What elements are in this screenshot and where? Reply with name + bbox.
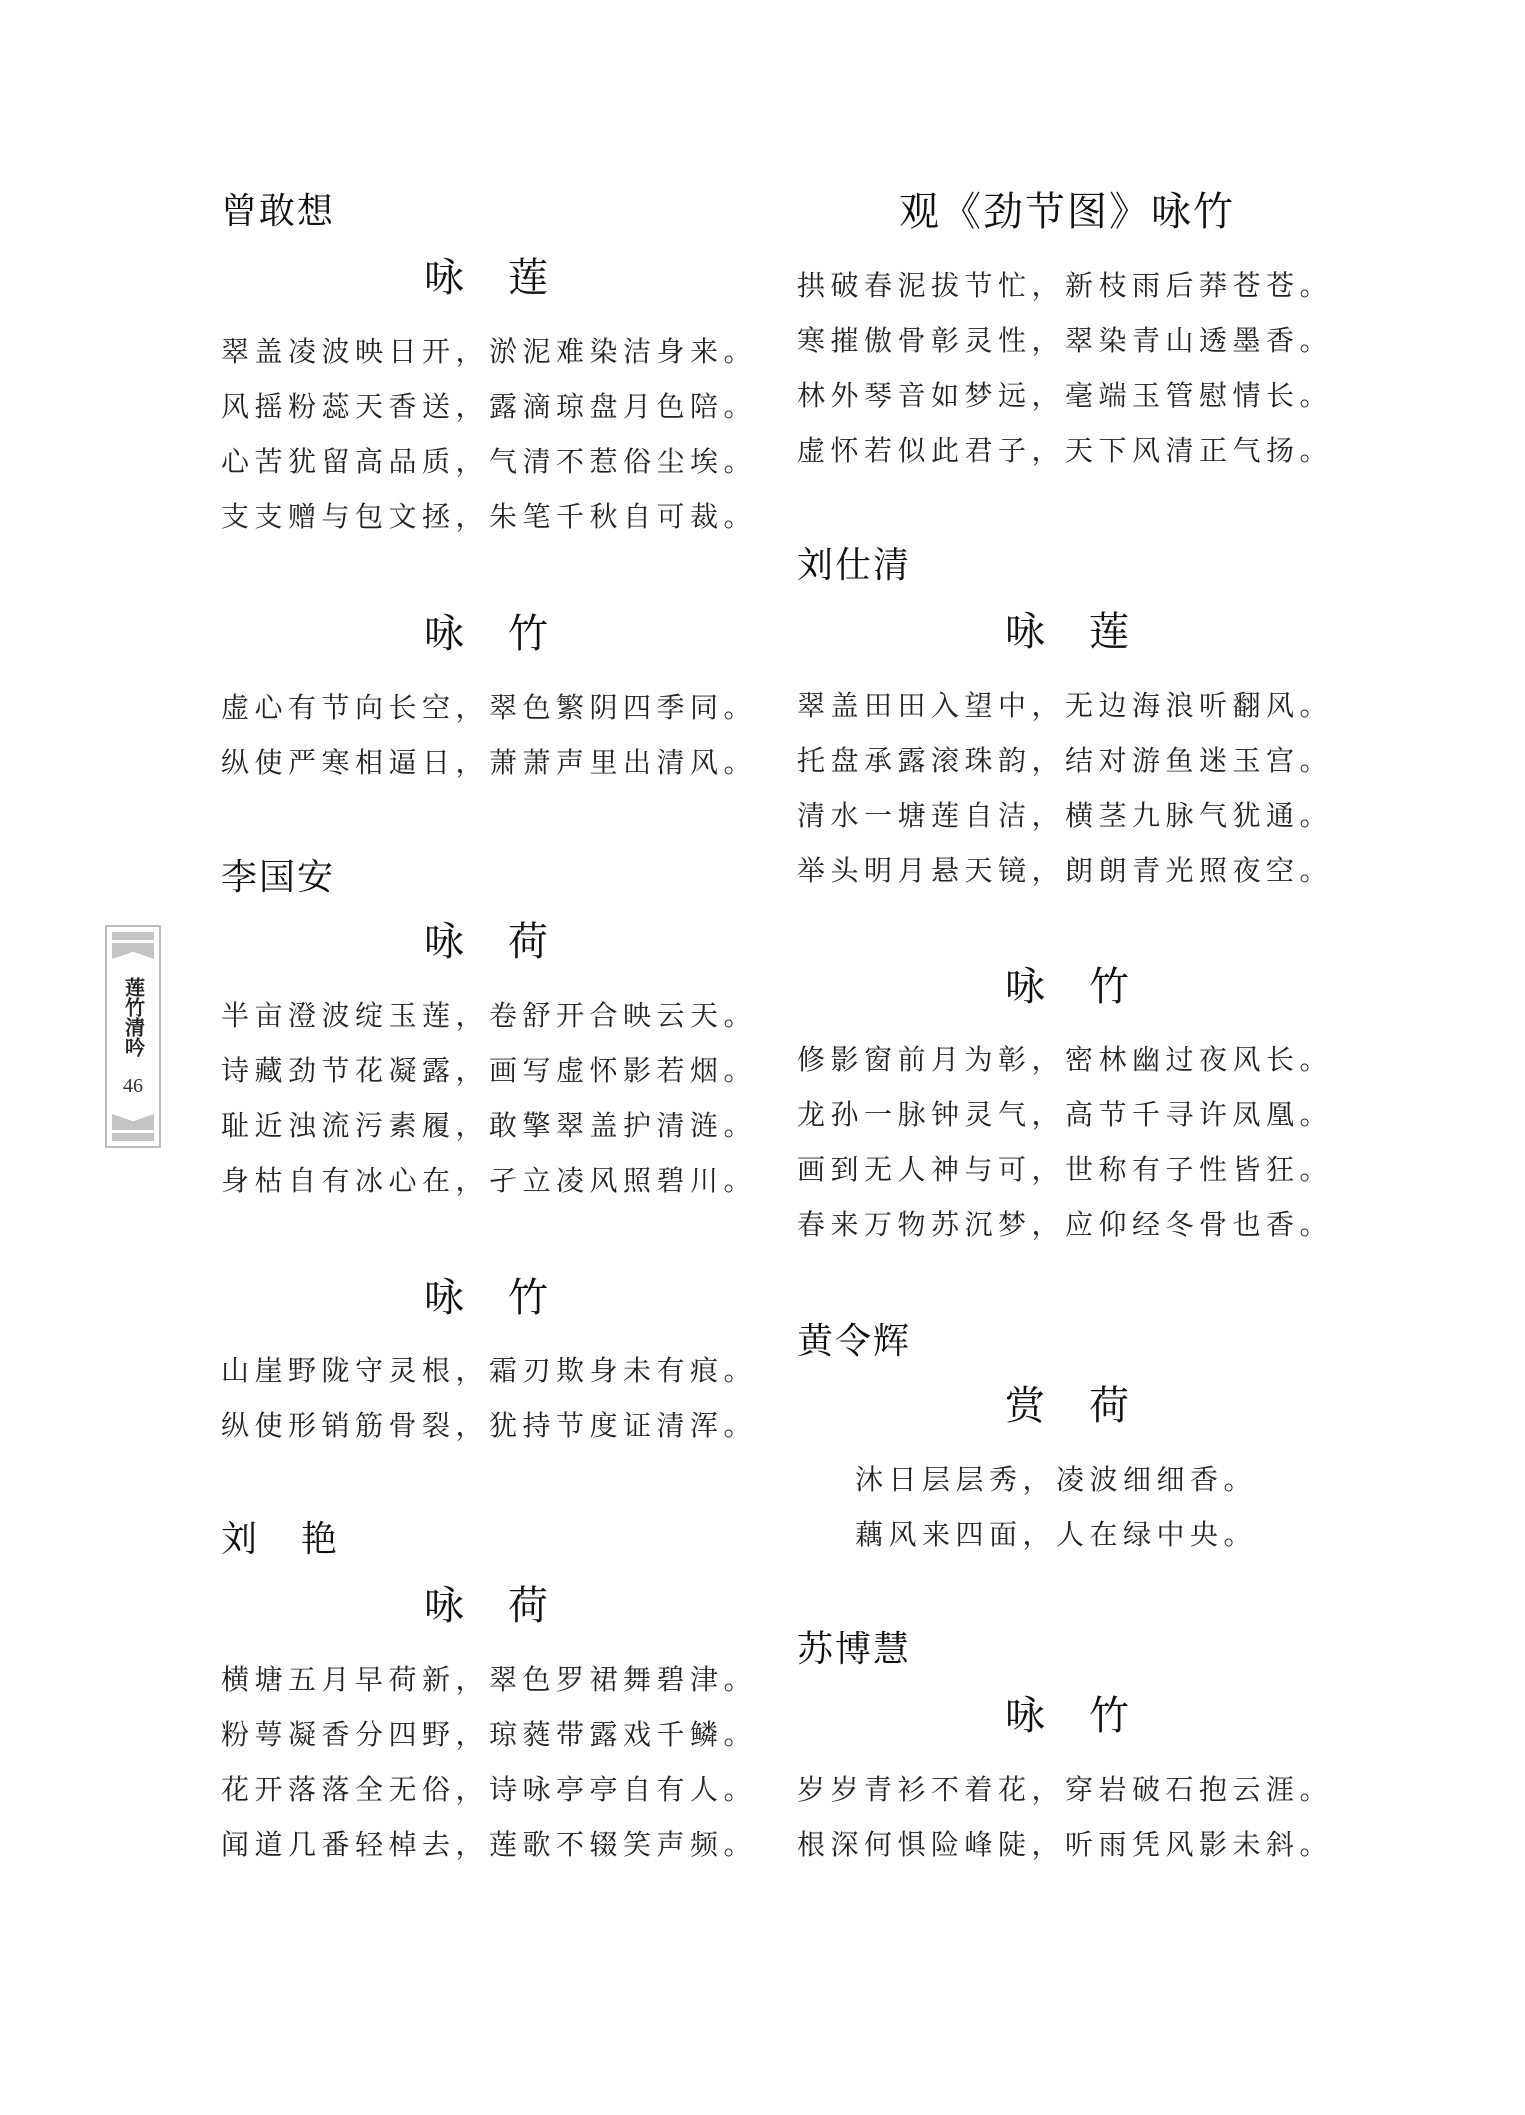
poem-line: 藕风来四面，人在绿中央。: [855, 1507, 1337, 1562]
poem-line: 根深何惧险峰陡，听雨凭风影未斜。: [797, 1817, 1337, 1872]
poem-line: 耻近浊流污素履，敢擎翠盖护清涟。: [221, 1098, 751, 1153]
book-side-tab: 莲竹清吟 46: [105, 925, 161, 1148]
poem-title: 咏莲: [797, 610, 1337, 654]
poem-line: 纵使形销筋骨裂，犹持节度证清浑。: [221, 1398, 751, 1453]
poem-body: 山崖野陇守灵根，霜刃欺身未有痕。 纵使形销筋骨裂，犹持节度证清浑。: [221, 1343, 751, 1453]
poem-line: 虚怀若似此君子，天下风清正气扬。: [797, 423, 1337, 478]
poem-line: 半亩澄波绽玉莲，卷舒开合映云天。: [221, 988, 751, 1043]
author-name: 曾敢想: [221, 192, 335, 232]
poem-title: 咏竹: [221, 612, 751, 656]
author-name: 李国安: [221, 858, 335, 898]
poem-body: 修影窗前月为彰，密林幽过夜风长。 龙孙一脉钟灵气，高节千寻许凤凰。 画到无人神与…: [797, 1032, 1337, 1252]
poem-line: 诗藏劲节花凝露，画写虚怀影若烟。: [221, 1043, 751, 1098]
poem-title: 咏竹: [221, 1276, 751, 1320]
poem-line: 花开落落全无俗，诗咏亭亭自有人。: [221, 1762, 751, 1817]
poem-line: 举头明月悬天镜，朗朗青光照夜空。: [797, 843, 1337, 898]
decorative-bar: [112, 932, 154, 940]
poem-line: 身枯自有冰心在，孑立凌风照碧川。: [221, 1153, 751, 1208]
poem-line: 纵使严寒相逼日，萧萧声里出清风。: [221, 735, 751, 790]
poem-line: 岁岁青衫不着花，穿岩破石抱云涯。: [797, 1762, 1337, 1817]
decorative-bar: [112, 1133, 154, 1141]
author-name: 黄令辉: [797, 1322, 911, 1362]
poem-title: 赏荷: [797, 1384, 1337, 1428]
poem-line: 闻道几番轻棹去，莲歌不辍笑声频。: [221, 1817, 751, 1872]
poem-line: 沐日层层秀，凌波细细香。: [855, 1452, 1337, 1507]
poem-line: 龙孙一脉钟灵气，高节千寻许凤凰。: [797, 1087, 1337, 1142]
poem-body: 虚心有节向长空，翠色繁阴四季同。 纵使严寒相逼日，萧萧声里出清风。: [221, 680, 751, 790]
poem-body: 半亩澄波绽玉莲，卷舒开合映云天。 诗藏劲节花凝露，画写虚怀影若烟。 耻近浊流污素…: [221, 988, 751, 1208]
chevron-up-ornament-icon: [112, 1114, 154, 1130]
poem-line: 春来万物苏沉梦，应仰经冬骨也香。: [797, 1197, 1337, 1252]
poem-title: 咏荷: [221, 1584, 751, 1628]
poem-title: 咏荷: [221, 920, 751, 964]
poem-body: 横塘五月早荷新，翠色罗裙舞碧津。 粉萼凝香分四野，琼蕤带露戏千鳞。 花开落落全无…: [221, 1652, 751, 1872]
author-name: 苏博慧: [797, 1630, 911, 1670]
book-title: 莲竹清吟: [107, 969, 159, 1065]
poem-line: 山崖野陇守灵根，霜刃欺身未有痕。: [221, 1343, 751, 1398]
author-name: 刘艳: [221, 1520, 381, 1560]
poem-line: 心苦犹留高品质，气清不惹俗尘埃。: [221, 434, 751, 489]
poem-title: 观《劲节图》咏竹: [797, 190, 1337, 234]
poem-line: 寒摧傲骨彰灵性，翠染青山透墨香。: [797, 313, 1337, 368]
poem-title: 咏竹: [797, 1694, 1337, 1738]
page-number: 46: [107, 1075, 159, 1098]
poem-line: 支支赠与包文拯，朱笔千秋自可裁。: [221, 489, 751, 544]
poem-line: 拱破春泥拔节忙，新枝雨后莽苍苍。: [797, 258, 1337, 313]
poem-body: 翠盖凌波映日开，淤泥难染洁身来。 风摇粉蕊天香送，露滴琼盘月色陪。 心苦犹留高品…: [221, 324, 751, 544]
poem-line: 画到无人神与可，世称有子性皆狂。: [797, 1142, 1337, 1197]
poem-title: 咏竹: [797, 965, 1337, 1009]
poem-line: 林外琴音如梦远，毫端玉管慰情长。: [797, 368, 1337, 423]
poem-line: 托盘承露滚珠韵，结对游鱼迷玉宫。: [797, 733, 1337, 788]
poem-body: 岁岁青衫不着花，穿岩破石抱云涯。 根深何惧险峰陡，听雨凭风影未斜。: [797, 1762, 1337, 1872]
poem-body: 沐日层层秀，凌波细细香。 藕风来四面，人在绿中央。: [797, 1452, 1337, 1562]
poem-line: 风摇粉蕊天香送，露滴琼盘月色陪。: [221, 379, 751, 434]
poem-line: 粉萼凝香分四野，琼蕤带露戏千鳞。: [221, 1707, 751, 1762]
poem-line: 翠盖凌波映日开，淤泥难染洁身来。: [221, 324, 751, 379]
poem-body: 拱破春泥拔节忙，新枝雨后莽苍苍。 寒摧傲骨彰灵性，翠染青山透墨香。 林外琴音如梦…: [797, 258, 1337, 478]
poem-body: 翠盖田田入望中，无边海浪听翻风。 托盘承露滚珠韵，结对游鱼迷玉宫。 清水一塘莲自…: [797, 678, 1337, 898]
poem-line: 修影窗前月为彰，密林幽过夜风长。: [797, 1032, 1337, 1087]
poem-line: 清水一塘莲自洁，横茎九脉气犹通。: [797, 788, 1337, 843]
poem-line: 横塘五月早荷新，翠色罗裙舞碧津。: [221, 1652, 751, 1707]
author-name: 刘仕清: [797, 546, 911, 586]
chevron-down-ornament-icon: [112, 943, 154, 959]
poem-line: 虚心有节向长空，翠色繁阴四季同。: [221, 680, 751, 735]
poem-line: 翠盖田田入望中，无边海浪听翻风。: [797, 678, 1337, 733]
poem-title: 咏莲: [221, 256, 751, 300]
